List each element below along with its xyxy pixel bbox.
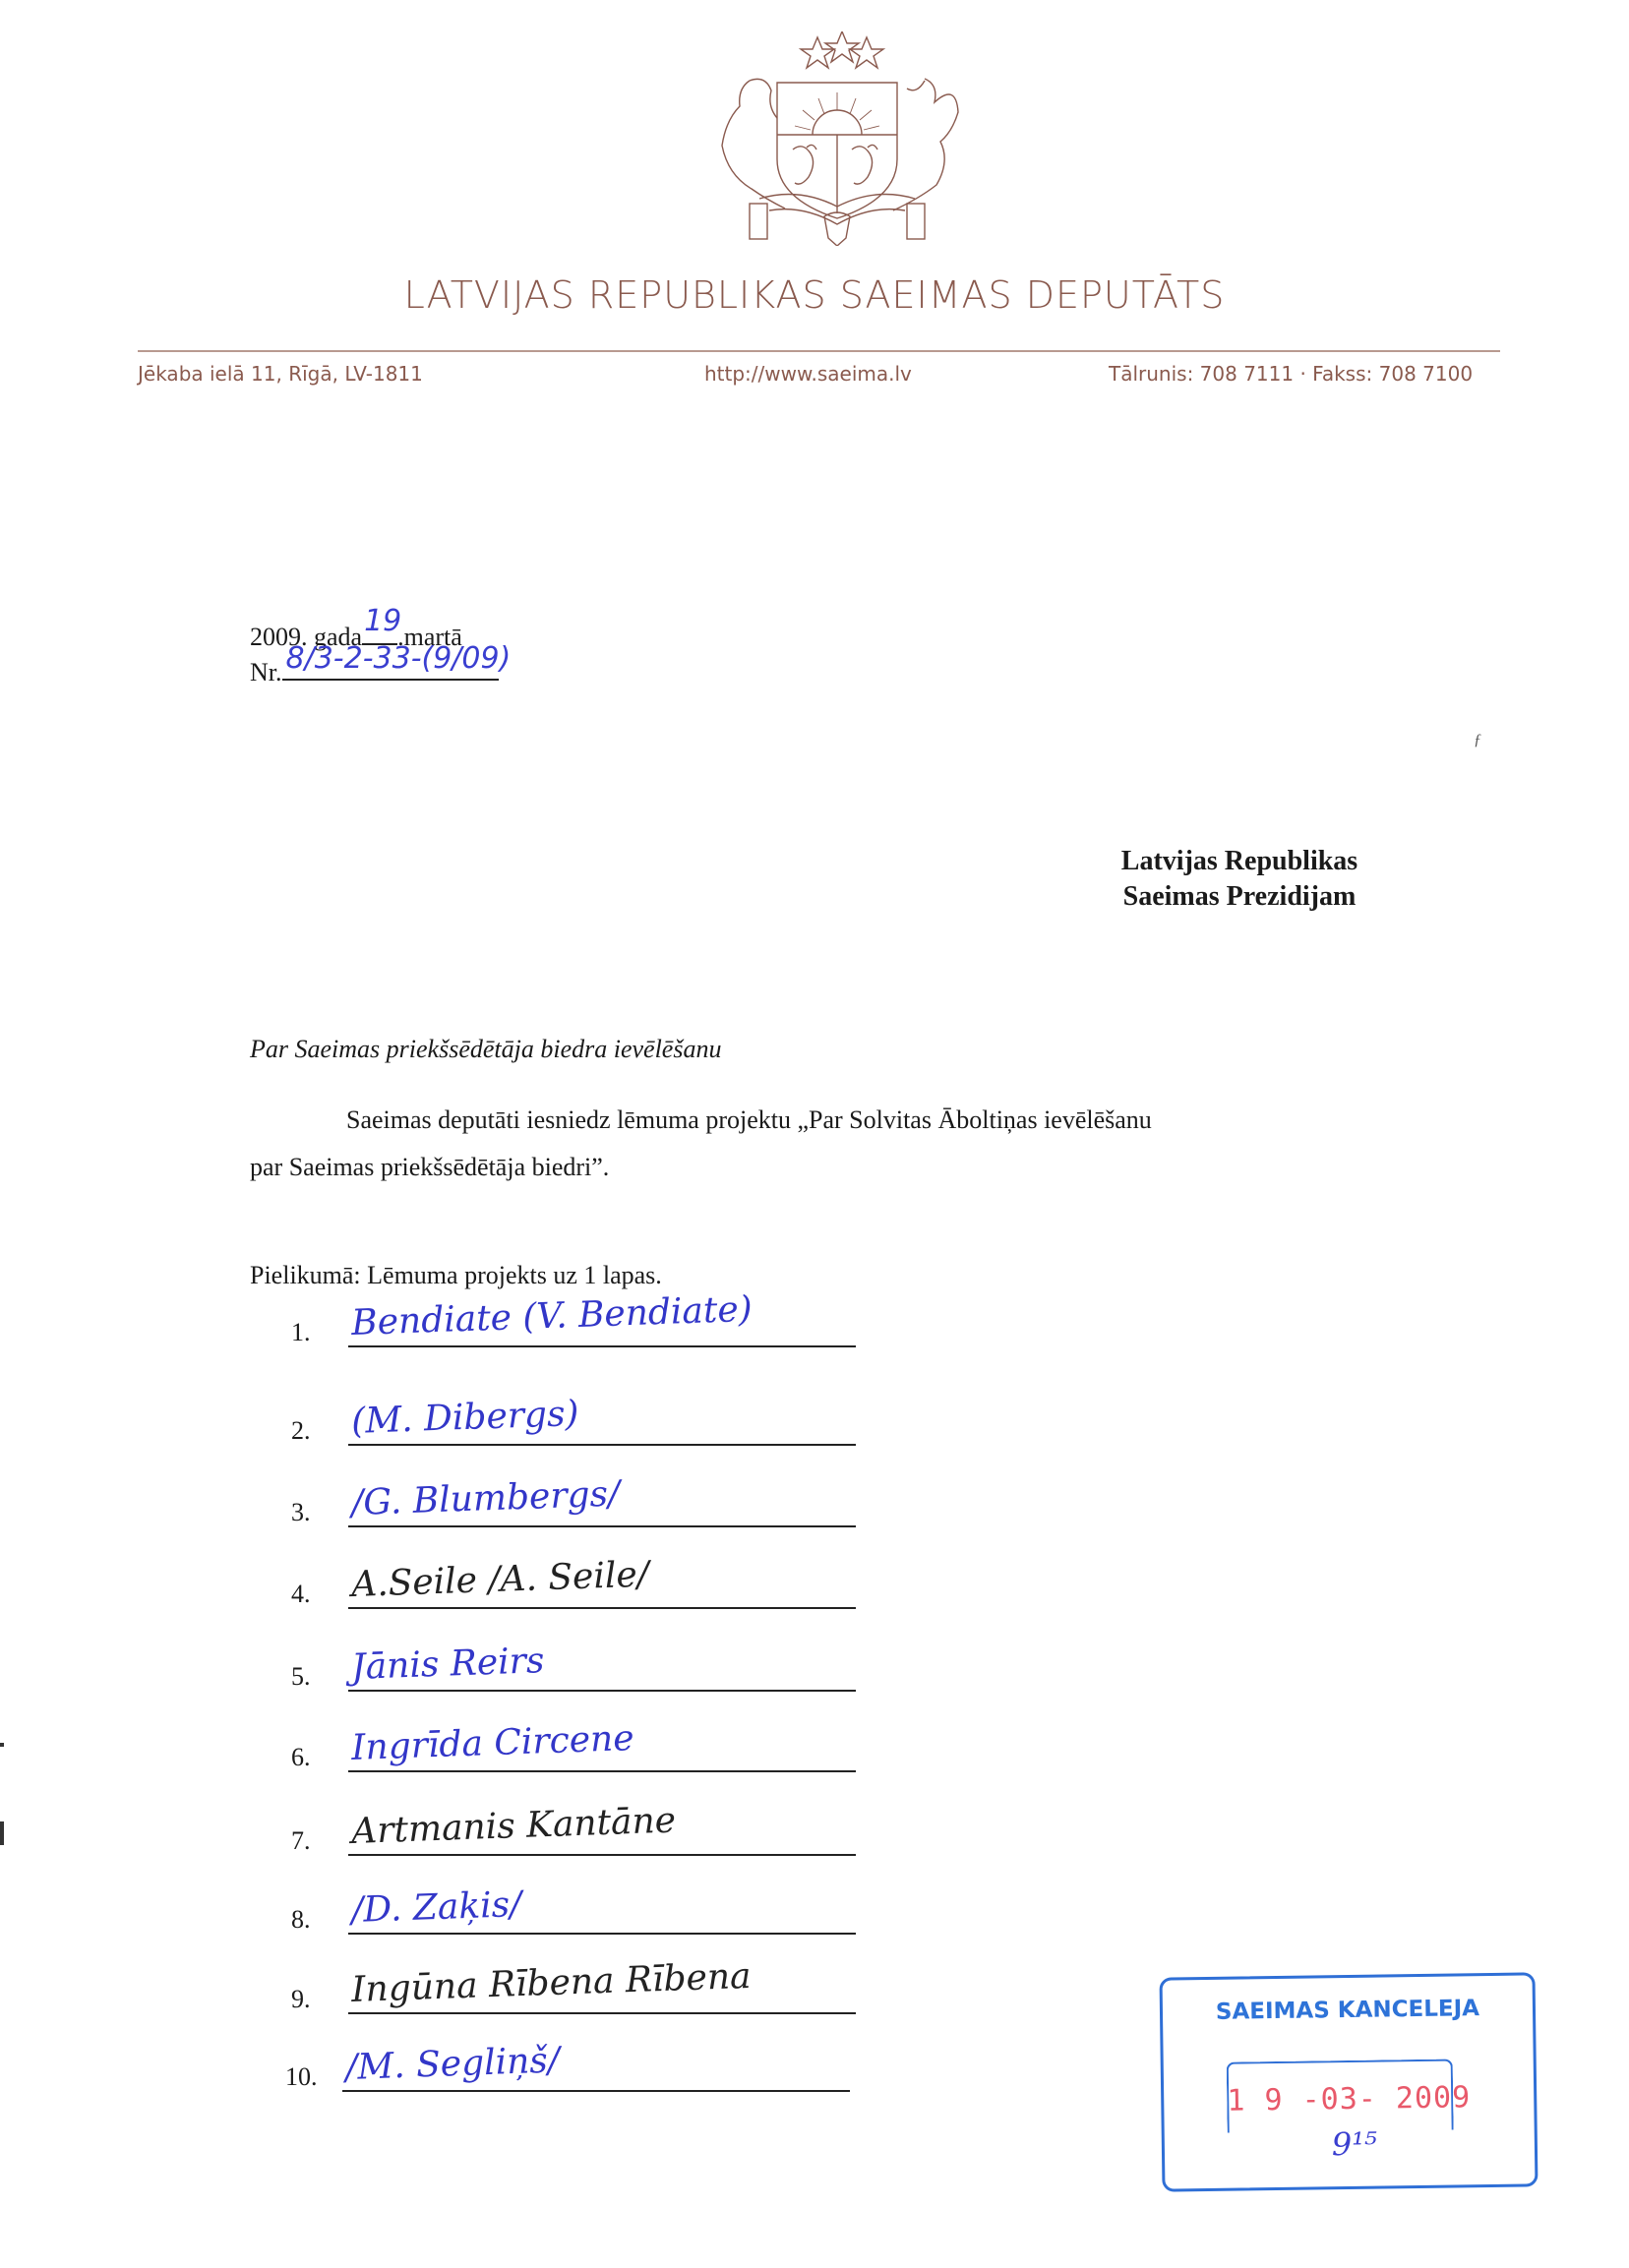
date-day-handwritten: 19 <box>364 604 401 638</box>
signature-line <box>348 1444 856 1446</box>
signature-handwritten: Ingrīda Circene <box>351 1718 635 1768</box>
letterhead-website[interactable]: http://www.saeima.lv <box>704 362 912 386</box>
signature-line <box>348 1525 856 1527</box>
body-line-1: Saeimas deputāti iesniedz lēmuma projekt… <box>346 1105 1152 1135</box>
letterhead-divider <box>138 350 1500 352</box>
coat-of-arms-icon <box>710 31 964 246</box>
signature-line <box>348 1607 856 1609</box>
signature-number: 7. <box>291 1826 311 1856</box>
recipient-block: Latvijas Republikas Saeimas Prezidijam <box>1072 844 1407 915</box>
number-label: Nr. <box>250 658 282 686</box>
signature-handwritten: Ingūna Rībena Rībena <box>351 1956 753 2010</box>
signature-handwritten: /D. Zaķis/ <box>351 1884 522 1931</box>
signature-handwritten: Bendiate (V. Bendiate) <box>351 1289 754 1343</box>
scan-edge-mark <box>0 1821 4 1845</box>
signature-handwritten: Artmanis Kantāne <box>351 1801 677 1852</box>
signature-line <box>342 2090 850 2092</box>
signature-line <box>348 1770 856 1772</box>
letterhead-phone-fax: Tālrunis: 708 7111 · Fakss: 708 7100 <box>1109 362 1473 386</box>
letterhead-title: LATVIJAS REPUBLIKAS SAEIMAS DEPUTĀTS <box>0 273 1629 317</box>
signature-number: 9. <box>291 1985 311 2014</box>
document-number: Nr.8/3-2-33-(9/09) <box>250 655 499 687</box>
stamp-title: SAEIMAS KANCELEJA <box>1163 1995 1533 2025</box>
signature-handwritten: /G. Blumbergs/ <box>351 1473 621 1523</box>
signature-line <box>348 1854 856 1856</box>
signature-line <box>348 1345 856 1347</box>
signature-number: 10. <box>285 2062 318 2092</box>
number-field: 8/3-2-33-(9/09) <box>282 655 499 681</box>
scan-edge-mark <box>0 1743 4 1747</box>
signature-handwritten: A.Seile /A. Seile/ <box>351 1554 650 1605</box>
stamp-date: 1 9 -03- 2009 <box>1164 2079 1534 2119</box>
registry-stamp: SAEIMAS KANCELEJA 1 9 -03- 2009 9¹⁵ <box>1159 1972 1538 2191</box>
signature-number: 3. <box>291 1498 311 1527</box>
signature-number: 2. <box>291 1416 311 1446</box>
signature-number: 1. <box>291 1318 311 1347</box>
signature-line <box>348 1933 856 1935</box>
signature-handwritten: (M. Dibergs) <box>351 1394 580 1442</box>
subject-line: Par Saeimas priekšsēdētāja biedra ievēlē… <box>250 1035 721 1064</box>
signature-number: 5. <box>291 1662 311 1692</box>
signature-handwritten: /M. Segliņš/ <box>345 2040 561 2088</box>
signature-line <box>348 2012 856 2014</box>
stray-mark: ƒ <box>1474 732 1481 749</box>
signature-number: 4. <box>291 1580 311 1609</box>
signature-number: 6. <box>291 1743 311 1772</box>
stamp-handwritten-note: 9¹⁵ <box>1332 2125 1378 2164</box>
letterhead-address: Jēkaba ielā 11, Rīgā, LV-1811 <box>138 362 423 386</box>
recipient-line-1: Latvijas Republikas <box>1072 844 1407 879</box>
recipient-line-2: Saeimas Prezidijam <box>1072 879 1407 915</box>
signature-handwritten: Jānis Reirs <box>351 1641 545 1688</box>
signature-line <box>348 1690 856 1692</box>
body-line-2: par Saeimas priekšsēdētāja biedri”. <box>250 1153 609 1182</box>
signature-number: 8. <box>291 1905 311 1935</box>
number-handwritten: 8/3-2-33-(9/09) <box>286 641 512 676</box>
attachment-note: Pielikumā: Lēmuma projekts uz 1 lapas. <box>250 1261 662 1290</box>
